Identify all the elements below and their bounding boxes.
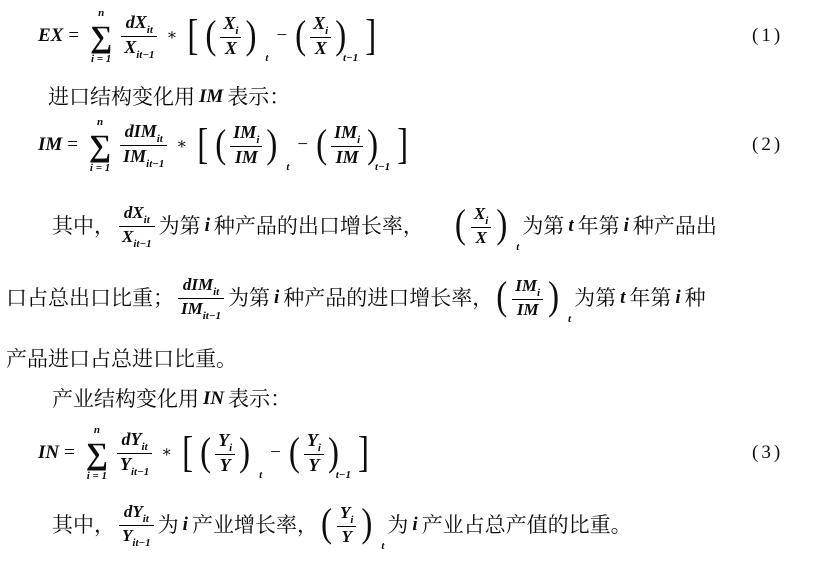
var-base: dX <box>124 203 144 222</box>
time-subscript: t <box>286 161 289 175</box>
var-subscript: i <box>485 215 488 227</box>
sum-lower-limit: i = 1 <box>87 470 107 483</box>
right-bracket: ] <box>395 123 410 167</box>
fraction-denominator: X <box>220 37 241 59</box>
multiplication-star: ∗ <box>161 443 172 463</box>
share-fraction: IMi IM <box>331 122 363 168</box>
var-i: i <box>205 214 210 238</box>
fraction-numerator: dYit <box>119 502 154 525</box>
share-term-t: ( IMi IM ) t <box>214 122 290 168</box>
var-subscript: it−1 <box>146 158 164 170</box>
eq1-lhs: EX <box>38 24 63 48</box>
left-paren: ( <box>495 278 508 318</box>
var-subscript: it <box>147 24 153 36</box>
var-base: dIM <box>125 121 157 141</box>
im-variable: IM <box>199 85 223 109</box>
intro-text: 产业结构变化用 <box>52 386 199 412</box>
eq3-lhs: IN <box>38 441 59 465</box>
fraction-numerator: dIMit <box>178 275 224 298</box>
in-intro-line: 产业结构变化用 IN 表示： <box>52 382 291 416</box>
var-subscript: it−1 <box>131 466 149 478</box>
fraction-denominator: Y <box>337 526 356 547</box>
left-paren: ( <box>204 16 217 56</box>
left-paren: ( <box>199 433 212 473</box>
time-subscript: t−1 <box>336 469 351 483</box>
minus-sign: − <box>276 24 287 48</box>
multiplication-star: ∗ <box>166 26 177 46</box>
industry-growth-fraction: dYit Yit−1 <box>117 429 152 478</box>
body-text: 产品进口占总进口比重。 <box>6 346 237 372</box>
share-term-t: ( Yi Y ) t <box>199 430 263 476</box>
fraction-denominator: IM <box>230 146 262 168</box>
share-fraction: IMi IM <box>512 276 543 320</box>
var-base: IM <box>515 276 537 295</box>
share-term-t-1: ( IMi IM ) t−1 <box>315 122 391 168</box>
left-paren: ( <box>454 206 467 246</box>
body-text: 种 <box>685 285 706 311</box>
fraction-denominator: IMit−1 <box>178 298 224 322</box>
var-subscript: it <box>157 133 163 145</box>
body-text: 产业占总产值的比重。 <box>422 512 632 538</box>
sum-upper-limit: n <box>98 7 104 20</box>
var-subscript: it <box>142 441 148 453</box>
inline-share-term: ( IMi IM ) t <box>495 276 572 320</box>
equation-number: (1) <box>752 24 783 48</box>
body-text: 口占总出口比重； <box>6 285 174 311</box>
body-text: 年第 <box>578 213 620 239</box>
time-subscript: t−1 <box>343 52 358 66</box>
share-fraction: Yi Y <box>337 503 356 547</box>
var-subscript: it <box>143 513 149 525</box>
var-base: X <box>474 204 485 223</box>
var-subscript: i <box>537 287 540 299</box>
share-term-t-1: ( Yi Y ) t−1 <box>288 430 352 476</box>
body-text: 其中， <box>52 512 115 538</box>
inline-share-term: ( Xi X ) t <box>454 204 520 248</box>
share-fraction: Yi Y <box>215 430 235 476</box>
right-bracket: ] <box>363 14 378 58</box>
var-subscript: it <box>213 286 219 298</box>
var-base: Y <box>218 430 229 450</box>
equals-sign: = <box>64 441 75 465</box>
var-subscript: i <box>350 514 353 526</box>
fraction-numerator: Yi <box>215 430 235 454</box>
var-base: Y <box>340 503 350 522</box>
right-paren: ) <box>327 433 340 473</box>
share-term-t: ( Xi X ) t <box>204 13 269 59</box>
body-text: 产业增长率， <box>192 512 318 538</box>
summation-symbol: n ∑ i = 1 <box>89 116 111 174</box>
fraction-numerator: dXit <box>119 203 155 226</box>
explain-line-2: 口占总出口比重； dIMit IMit−1 为第 i 种产品的进口增长率， ( … <box>6 268 706 328</box>
var-base: X <box>223 13 235 33</box>
share-fraction: Xi X <box>471 204 491 248</box>
var-base: IM <box>233 122 256 142</box>
inline-growth-fraction: dXit Xit−1 <box>119 203 155 250</box>
var-base: IM <box>123 146 146 166</box>
left-paren: ( <box>315 125 328 165</box>
var-subscript: i <box>256 134 259 146</box>
left-paren: ( <box>288 433 301 473</box>
right-paren: ) <box>366 125 379 165</box>
inline-growth-fraction: dIMit IMit−1 <box>178 275 224 322</box>
summation-symbol: n ∑ i = 1 <box>90 7 112 65</box>
body-text: 为 <box>158 512 179 538</box>
right-paren: ) <box>265 125 278 165</box>
var-subscript: it <box>144 214 150 226</box>
share-fraction: Xi X <box>310 13 331 59</box>
equals-sign: = <box>67 133 78 157</box>
sum-lower-limit: i = 1 <box>90 162 110 175</box>
var-subscript: i <box>357 134 360 146</box>
right-paren: ) <box>244 16 257 56</box>
var-subscript: i <box>325 25 328 37</box>
var-subscript: i <box>235 25 238 37</box>
left-bracket: [ <box>185 14 200 58</box>
explain-line-1: 其中， dXit Xit−1 为第 i 种产品的出口增长率， ( Xi X ) … <box>52 196 717 256</box>
fraction-denominator: IM <box>512 299 543 320</box>
inline-growth-fraction: dYit Yit−1 <box>119 502 154 549</box>
fraction-denominator: Yit−1 <box>117 453 152 478</box>
body-text: 其中， <box>52 213 115 239</box>
time-subscript: t <box>516 241 519 255</box>
time-subscript: t−1 <box>375 161 390 175</box>
var-base: dY <box>124 502 143 521</box>
time-subscript: t <box>259 469 262 483</box>
export-growth-fraction: dXit Xit−1 <box>121 12 157 61</box>
sum-upper-limit: n <box>94 424 100 437</box>
var-subscript: i <box>318 442 321 454</box>
var-base: Y <box>122 526 132 545</box>
fraction-denominator: X <box>310 37 331 59</box>
fraction-numerator: Xi <box>220 13 241 37</box>
inline-share-term: ( Yi Y ) t <box>320 503 385 547</box>
fraction-denominator: IMit−1 <box>120 145 167 170</box>
paper-page: { "sym": {"eq":"=","sigma":"∑","star":"∗… <box>0 0 822 564</box>
fraction-denominator: Xit−1 <box>121 36 157 61</box>
var-i: i <box>183 513 188 537</box>
body-text: 为第 <box>522 213 564 239</box>
var-i: i <box>675 286 680 310</box>
left-paren: ( <box>214 125 227 165</box>
body-text: 种产品的进口增长率， <box>283 285 493 311</box>
body-text: 种产品的出口增长率， <box>214 213 424 239</box>
var-i: i <box>412 513 417 537</box>
body-text: 为第 <box>159 213 201 239</box>
right-paren: ) <box>360 505 373 545</box>
fraction-numerator: dXit <box>121 12 157 36</box>
fraction-denominator: IM <box>331 146 363 168</box>
fraction-numerator: dYit <box>117 429 152 453</box>
var-base: Y <box>307 430 318 450</box>
left-paren: ( <box>294 16 307 56</box>
var-base: Y <box>120 454 131 474</box>
eq2-lhs: IM <box>38 133 62 157</box>
right-bracket: ] <box>356 431 371 475</box>
minus-sign: − <box>297 133 308 157</box>
equation-number: (3) <box>752 441 783 465</box>
time-subscript: t <box>381 540 384 554</box>
minus-sign: − <box>270 441 281 465</box>
var-subscript: it−1 <box>132 537 150 549</box>
right-paren: ) <box>547 278 560 318</box>
body-text: 为第 <box>228 285 270 311</box>
fraction-numerator: Yi <box>304 430 324 454</box>
left-paren: ( <box>320 505 333 545</box>
time-subscript: t <box>568 313 571 327</box>
var-subscript: i <box>229 442 232 454</box>
fraction-denominator: X <box>471 227 491 248</box>
summation-symbol: n ∑ i = 1 <box>86 424 108 482</box>
import-growth-fraction: dIMit IMit−1 <box>120 121 167 170</box>
var-t: t <box>568 214 573 238</box>
equation-3: IN = n ∑ i = 1 dYit Yit−1 ∗ [ ( Yi Y ) t… <box>38 421 822 485</box>
share-term-t-1: ( Xi X ) t−1 <box>294 13 359 59</box>
fraction-numerator: IMi <box>331 122 363 146</box>
sigma-icon: ∑ <box>86 437 108 470</box>
var-base: dX <box>126 12 147 32</box>
var-t: t <box>620 286 625 310</box>
explain-line-4: 其中， dYit Yit−1 为 i 产业增长率， ( Yi Y ) t 为 i… <box>52 494 632 556</box>
time-subscript: t <box>265 52 268 66</box>
multiplication-star: ∗ <box>176 135 187 155</box>
right-paren: ) <box>334 16 347 56</box>
share-fraction: IMi IM <box>230 122 262 168</box>
fraction-denominator: Yit−1 <box>119 525 154 549</box>
var-subscript: it−1 <box>203 310 221 322</box>
fraction-numerator: Yi <box>337 503 356 526</box>
var-base: dY <box>122 429 142 449</box>
fraction-denominator: Y <box>215 454 235 476</box>
var-subscript: it−1 <box>136 49 154 61</box>
fraction-numerator: IMi <box>512 276 543 299</box>
var-base: IM <box>334 122 357 142</box>
sum-lower-limit: i = 1 <box>91 53 111 66</box>
sigma-icon: ∑ <box>90 20 112 53</box>
body-text: 为第 <box>574 285 616 311</box>
left-bracket: [ <box>195 123 210 167</box>
in-variable: IN <box>203 387 224 411</box>
var-base: X <box>122 227 133 246</box>
fraction-denominator: Y <box>304 454 324 476</box>
fraction-numerator: dIMit <box>120 121 167 145</box>
share-fraction: Xi X <box>220 13 241 59</box>
right-paren: ) <box>238 433 251 473</box>
share-fraction: Yi Y <box>304 430 324 476</box>
intro-text: 表示： <box>228 386 291 412</box>
equation-number: (2) <box>752 133 783 157</box>
var-base: X <box>313 13 325 33</box>
var-i: i <box>274 286 279 310</box>
sum-upper-limit: n <box>97 116 103 129</box>
fraction-numerator: Xi <box>471 204 491 227</box>
var-subscript: it−1 <box>133 238 151 250</box>
im-intro-line: 进口结构变化用 IM 表示： <box>48 80 290 114</box>
body-text: 年第 <box>629 285 671 311</box>
fraction-numerator: IMi <box>230 122 262 146</box>
equals-sign: = <box>68 24 79 48</box>
body-text: 为 <box>387 512 408 538</box>
intro-text: 进口结构变化用 <box>48 84 195 110</box>
fraction-numerator: Xi <box>310 13 331 37</box>
left-bracket: [ <box>180 431 195 475</box>
var-base: X <box>124 37 136 57</box>
right-paren: ) <box>495 206 508 246</box>
equation-1: EX = n ∑ i = 1 dXit Xit−1 ∗ [ ( Xi X ) t… <box>38 4 822 68</box>
equation-2: IM = n ∑ i = 1 dIMit IMit−1 ∗ [ ( IMi IM… <box>38 113 822 177</box>
explain-line-3: 产品进口占总进口比重。 <box>6 342 237 376</box>
var-base: IM <box>181 299 203 318</box>
intro-text: 表示： <box>227 84 290 110</box>
fraction-denominator: Xit−1 <box>119 226 155 250</box>
var-i: i <box>624 214 629 238</box>
var-base: dIM <box>183 275 213 294</box>
sigma-icon: ∑ <box>89 129 111 162</box>
body-text: 种产品出 <box>633 213 717 239</box>
